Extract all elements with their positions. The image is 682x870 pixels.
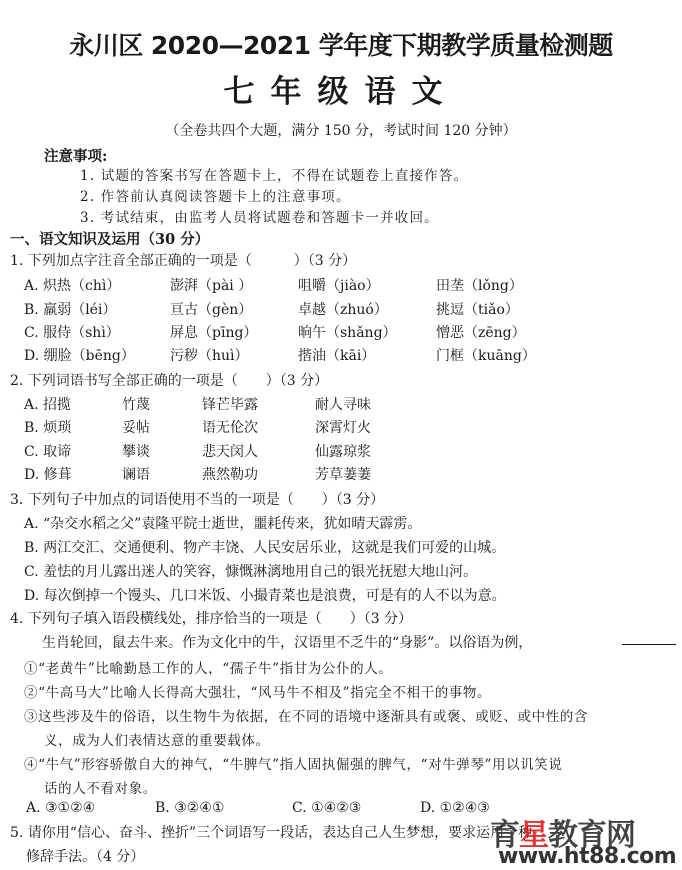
exam-subtitle: （全卷共四个大题，满分 150 分，考试时间 120 分钟） [0,120,682,140]
notice-item: 2. 作答前认真阅读答题卡上的注意事项。 [80,185,351,205]
q4-passage: 生肖轮回，鼠去牛来。作为文化中的牛，汉语里不乏牛的“身影”。以俗语为例， [42,632,532,652]
q1-option-b-2: 亘古（gèn） [170,299,252,319]
q2-option-a-4: 耐人寻味 [315,394,371,414]
q3-option-c: C. 羞怯的月儿露出迷人的笑容，慷慨淋漓地用自己的银光抚慰大地山河。 [24,561,477,581]
q2-option-d-3: 燕然勒功 [202,464,258,484]
watermark-url: www.ht88.com [498,844,676,869]
q4-item-4-cont: 话的人不看对象。 [44,777,157,797]
q4-item-2: ②“牛高马大”比喻人长得高大强壮，“风马牛不相及”指完全不相干的事物。 [24,681,491,701]
question-1-stem: 1. 下列加点字注音全部正确的一项是（ ）（3 分） [10,250,356,270]
notice-item: 3. 考试结束，由监考人员将试题卷和答题卡一并收回。 [80,206,439,226]
q4-item-4: ④“牛气”形容骄傲自大的神气，“牛脾气”指人固执倔强的脾气，“对牛弹琴”用以讥笑… [24,753,563,773]
q2-option-c-3: 悲天闵人 [202,441,258,461]
q1-option-a-3: 咀嚼（jiào） [298,275,380,295]
q2-option-c-4: 仙露琼浆 [315,441,371,461]
q2-option-c-1: C. 取谛 [24,441,71,461]
q4-choice-c: C. ①④②③ [292,800,361,816]
question-2-stem: 2. 下列词语书写全部正确的一项是（ ）（3 分） [10,370,328,390]
q4-item-3-cont: 义，成为人们表情达意的重要载体。 [44,729,270,749]
q2-option-d-2: 谰语 [122,464,150,484]
question-5-stem: 5. 请你用“信心、奋斗、挫折”三个词语写一段话，表达自己人生梦想，要求运用一种 [10,822,532,842]
q2-option-d-1: D. 修葺 [24,464,72,484]
q1-option-d-3: 揩油（kāi） [298,345,375,365]
q1-option-c-2: 屏息（pīng） [170,322,257,342]
watermark-logo: 育星教育网 www.ht88.com [490,810,680,870]
q2-option-b-4: 深霄灯火 [315,417,371,437]
q2-option-a-2: 竹蔑 [122,394,150,414]
q1-option-a-1: A. 炽热（chì） [24,275,120,295]
q2-option-b-1: B. 烦琐 [24,417,71,437]
notice-item: 1. 试题的答案书写在答题卡上，不得在试题卷上直接作答。 [80,164,468,184]
q3-option-d: D. 每次倒掉一个馒头、几口米饭、小撮青菜也是浪费，可是有的人不以为意。 [24,585,506,605]
question-3-stem: 3. 下列句子中加点的词语使用不当的一项是（ ）（3 分） [10,489,384,509]
q2-option-d-4: 芳草萋萋 [315,464,371,484]
q1-option-b-1: B. 羸弱（léi） [24,299,116,319]
q2-option-c-2: 攀谈 [122,441,150,461]
section-heading: 一、语文知识及运用（30 分） [10,228,209,249]
q1-option-b-4: 挑逗（tiǎo） [436,299,519,319]
q1-option-d-2: 污秽（huì） [170,345,249,365]
q2-option-b-3: 语无伦次 [202,417,258,437]
q1-option-d-4: 门框（kuāng） [436,345,536,365]
q4-choice-b: B. ③②④① [155,800,224,816]
notice-heading: 注意事项: [44,145,107,166]
q4-item-3: ③这些涉及牛的俗语，以生物牛为依据，在不同的语境中逐渐具有或褒、或贬、或中性的含 [24,705,588,725]
q4-choice-d: D. ①②④③ [420,800,490,816]
exam-title: 永川区 2020—2021 学年度下期教学质量检测题 [0,26,682,62]
subject-title: 七年级语文 [0,66,682,111]
fill-blank-line [622,644,676,645]
q1-option-a-2: 澎湃（pài ） [170,275,252,295]
q1-option-c-4: 憎恶（zēng） [436,322,526,342]
q1-option-c-1: C. 服侍（shì） [24,322,120,342]
q4-item-1: ①“老黄牛”比喻勤恳工作的人，“孺子牛”指甘为公仆的人。 [24,657,392,677]
q1-option-a-4: 田垄（lǒng） [436,275,523,295]
q2-option-a-3: 锋芒毕露 [202,394,258,414]
q3-option-a: A. “杂交水稻之父”袁隆平院士逝世，噩耗传来，犹如晴天霹雳。 [24,513,421,533]
question-4-stem: 4. 下列句子填入语段横线处，排序恰当的一项是（ ）（3 分） [10,608,412,628]
q2-option-b-2: 妥帖 [122,417,150,437]
question-5-stem-cont: 修辞手法。（4 分） [26,846,144,866]
q2-option-a-1: A. 招揽 [24,394,71,414]
q3-option-b: B. 两江交汇、交通便利、物产丰饶、人民安居乐业，这就是我们可爱的山城。 [24,537,505,557]
q1-option-b-3: 卓越（zhuó） [298,299,388,319]
q1-option-d-1: D. 绷脸（bēng） [24,345,135,365]
q4-choice-a: A. ③①②④ [26,800,95,816]
q1-option-c-3: 晌午（shǎng） [298,322,397,342]
